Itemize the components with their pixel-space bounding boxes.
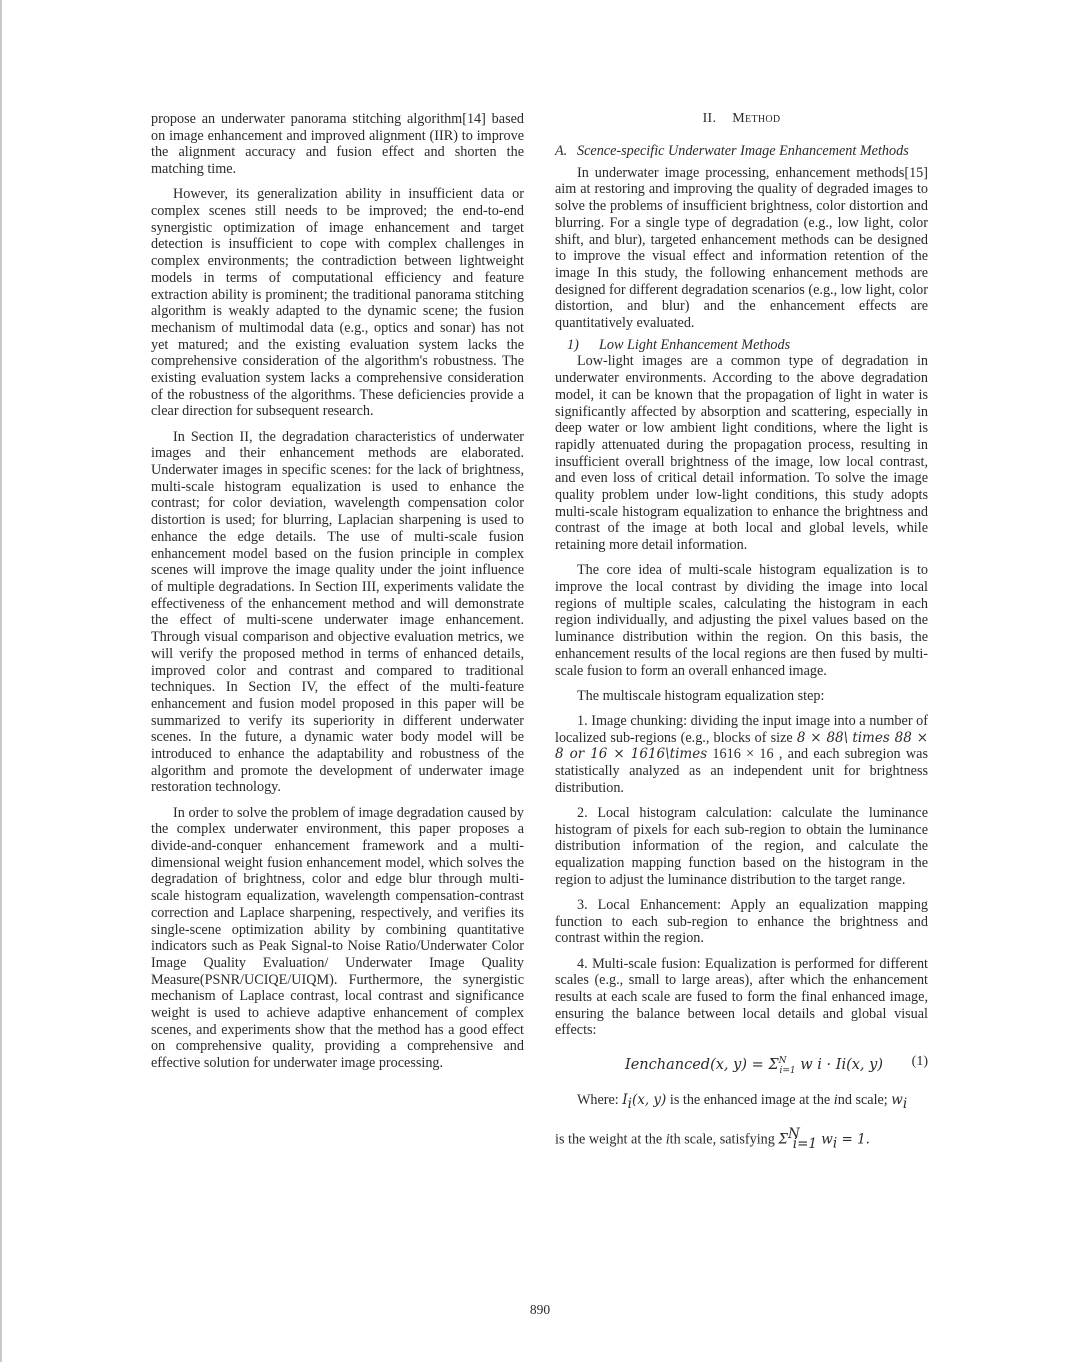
- paragraph-outline: In Section II, the degradation character…: [151, 429, 524, 796]
- subsection-1-label: 1): [567, 337, 599, 354]
- page-edge-shadow: [0, 0, 2, 1362]
- paragraph-iir: propose an underwater panorama stitching…: [151, 111, 524, 178]
- paragraph-contribution: In order to solve the problem of image d…: [151, 805, 524, 1072]
- section-title: Method: [732, 111, 780, 126]
- right-column: II.Method A.Scence-specific Underwater I…: [555, 111, 928, 1159]
- step-2-local-histogram: 2. Local histogram calculation: calculat…: [555, 805, 928, 889]
- equation-body: Ienchanced(x, y) = ΣNi=1 w i · Ii(x, y): [625, 1053, 883, 1079]
- subsection-1-heading: 1)Low Light Enhancement Methods: [555, 337, 928, 354]
- equation-where-line-1: Where: Ii(x, y) is the enhanced image at…: [555, 1085, 928, 1119]
- section-heading: II.Method: [555, 111, 928, 128]
- subsection-a-title: Scence-specific Underwater Image Enhance…: [577, 143, 909, 159]
- step-1-image-chunking: 1. Image chunking: dividing the input im…: [555, 713, 928, 797]
- subsection-1-title: Low Light Enhancement Methods: [599, 337, 790, 353]
- paragraph-low-light: Low-light images are a common type of de…: [555, 353, 928, 553]
- paragraph-steps-intro: The multiscale histogram equalization st…: [555, 688, 928, 705]
- subsection-a-label: A.: [555, 143, 577, 160]
- left-column: propose an underwater panorama stitching…: [151, 111, 524, 1080]
- section-number: II.: [703, 111, 717, 126]
- paragraph-limitations: However, its generalization ability in i…: [151, 186, 524, 420]
- subsection-a-heading: A.Scence-specific Underwater Image Enhan…: [555, 143, 928, 160]
- paragraph-method-intro: In underwater image processing, enhancem…: [555, 165, 928, 332]
- equation-1: Ienchanced(x, y) = ΣNi=1 w i · Ii(x, y) …: [555, 1049, 928, 1079]
- paragraph-core-idea: The core idea of multi-scale histogram e…: [555, 562, 928, 679]
- page-number: 890: [0, 1302, 1080, 1318]
- equation-number: (1): [912, 1054, 928, 1071]
- step-4-multiscale-fusion: 4. Multi-scale fusion: Equalization is p…: [555, 956, 928, 1040]
- step-3-local-enhancement: 3. Local Enhancement: Apply an equalizat…: [555, 897, 928, 947]
- equation-where-line-2: is the weight at the ith scale, satisfyi…: [555, 1119, 928, 1159]
